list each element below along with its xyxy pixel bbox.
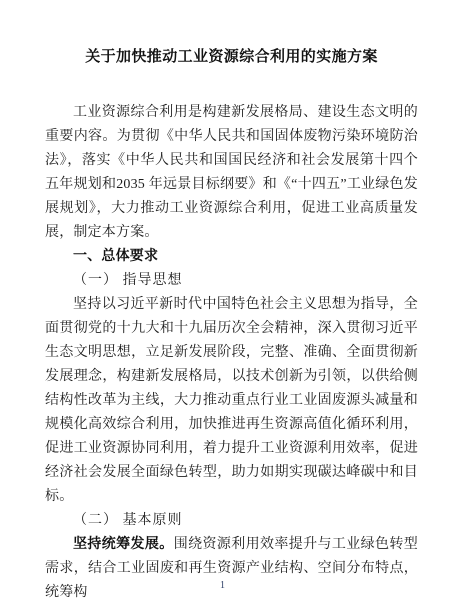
heading-guiding-ideology: （一） 指导思想 [45,269,418,293]
paragraph-lead-emphasis: 坚持统筹发展。 [73,537,174,552]
document-content: 关于加快推动工业资源综合利用的实施方案 工业资源综合利用是构建新发展格局、建设生… [0,0,461,605]
paragraph-basic-principles: 坚持统筹发展。围绕资源利用效率提升与工业绿色转型需求，结合工业固废和再生资源产业… [45,533,418,605]
page-number: 1 [0,580,445,592]
paragraph-guiding-ideology: 坚持以习近平新时代中国特色社会主义思想为指导，全面贯彻党的十九大和十九届历次全会… [45,293,418,509]
heading-overall-requirements: 一、总体要求 [45,245,418,269]
heading-basic-principles: （二） 基本原则 [45,509,418,533]
document-title: 关于加快推动工业资源综合利用的实施方案 [45,47,418,67]
document-page: 关于加快推动工业资源综合利用的实施方案 工业资源综合利用是构建新发展格局、建设生… [0,0,461,615]
paragraph-intro: 工业资源综合利用是构建新发展格局、建设生态文明的重要内容。为贯彻《中华人民共和国… [45,101,418,245]
